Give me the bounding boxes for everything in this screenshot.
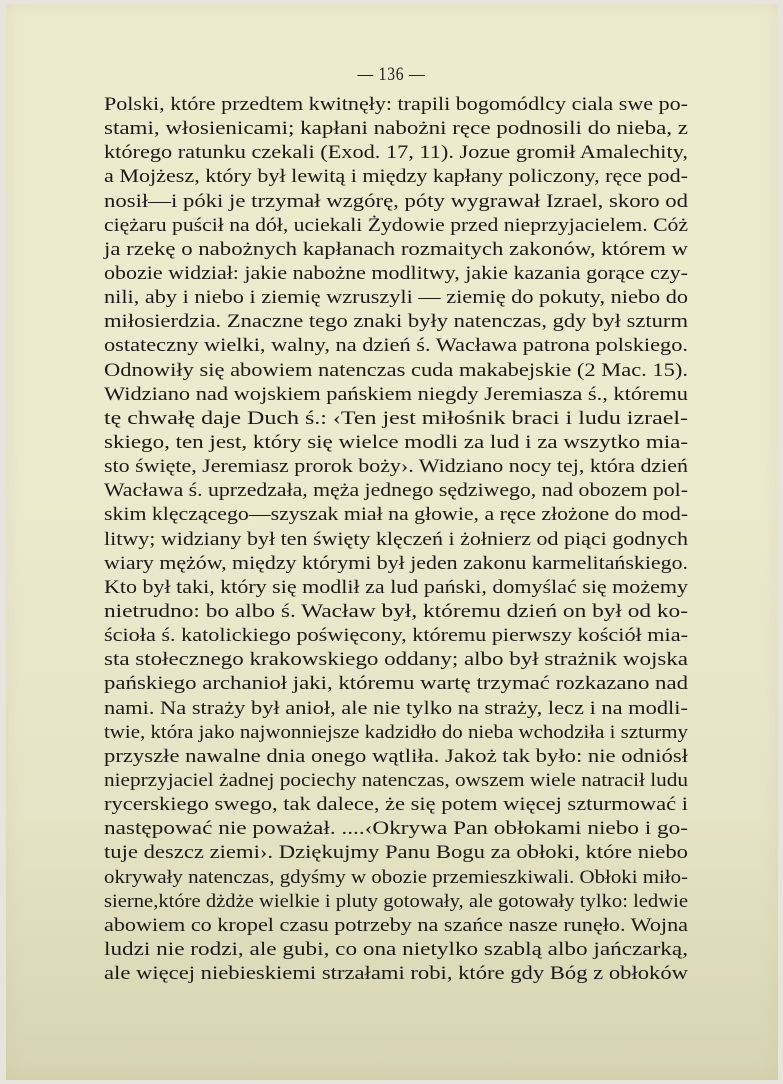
- text-line: którego ratunku czekali (Exod. 17, 11). …: [104, 141, 688, 165]
- text-line: przyszłe nawalne dnia onego wątliła. Jak…: [104, 745, 688, 769]
- text-line: Widziano nad wojskiem pańskiem niegdy Je…: [104, 383, 688, 407]
- text-line: miłosierdzia. Znaczne tego znaki były na…: [104, 310, 688, 334]
- text-line: Odnowiły się abowiem natenczas cuda maka…: [104, 359, 688, 383]
- text-line: tuje deszcz ziemi›. Dziękujmy Panu Bogu …: [104, 841, 688, 865]
- text-line: ostateczny wielki, walny, na dzień ś. Wa…: [104, 334, 688, 358]
- text-line: okrywały natenczas, gdyśmy w obozie prze…: [104, 866, 688, 890]
- page-number: — 136 —: [70, 64, 712, 86]
- text-line: twie, która jako najwonniejsze kadzidło …: [104, 721, 688, 745]
- text-line: sta stołecznego krakowskiego oddany; alb…: [104, 648, 688, 672]
- text-line: rycerskiego swego, tak dalece, że się po…: [104, 793, 688, 817]
- text-line: Polski, które przedtem kwitnęły: trapili…: [104, 93, 688, 117]
- text-line: obozie widział: jakie nabożne modlitwy, …: [104, 262, 688, 286]
- text-line: a Mojżesz, który był lewitą i między kap…: [104, 165, 688, 189]
- text-line: nili, aby i niebo i ziemię wzruszyli — z…: [104, 286, 688, 310]
- text-line: nieprzyjaciel żadnej pociechy natenczas,…: [104, 769, 688, 793]
- text-line: litwy; widziany był ten święty klęczeń i…: [104, 528, 688, 552]
- text-line: Kto był taki, który się modlił za lud pa…: [104, 576, 688, 600]
- text-line: stami, włosienicami; kapłani nabożni ręc…: [104, 117, 688, 141]
- text-line: nietrudno: bo albo ś. Wacław był, którem…: [104, 600, 688, 624]
- page-body-text: Polski, które przedtem kwitnęły: trapili…: [104, 93, 688, 986]
- text-line: abowiem co kropel czasu potrzeby na szań…: [104, 914, 688, 938]
- text-line: ja rzekę o nabożnych kapłanach rozmaityc…: [104, 238, 688, 262]
- text-line: nami. Na straży był anioł, ale nie tylko…: [104, 697, 688, 721]
- text-line: następować nie poważał. ....‹Okrywa Pan …: [104, 817, 688, 841]
- text-line: Wacława ś. uprzedzała, męża jednego sędz…: [104, 479, 688, 503]
- text-line: pańskiego archanioł jaki, któremu wartę …: [104, 672, 688, 696]
- text-line: wiary mężów, między którymi był jeden za…: [104, 552, 688, 576]
- text-line: skim klęczącego—szyszak miał na głowie, …: [104, 503, 688, 527]
- text-line: ludzi nie rodzi, ale gubi, co ona nietyl…: [104, 938, 688, 962]
- text-line: sto święte, Jeremiasz prorok boży›. Widz…: [104, 455, 688, 479]
- text-line: sierne,które dżdże wielkie i pluty gotow…: [104, 890, 688, 914]
- text-line: ale więcej niebieskiemi strzałami robi, …: [104, 962, 688, 986]
- text-line: ciężaru puścił na dół, uciekali Żydowie …: [104, 214, 688, 238]
- text-line: tę chwałę daje Duch ś.: ‹Ten jest miłośn…: [104, 407, 688, 431]
- text-line: skiego, ten jest, który się wielce modli…: [104, 431, 688, 455]
- text-line: ścioła ś. katolickiego poświęcony, które…: [104, 624, 688, 648]
- text-line: nosił—i póki je trzymał wzgórę, póty wyg…: [104, 190, 688, 214]
